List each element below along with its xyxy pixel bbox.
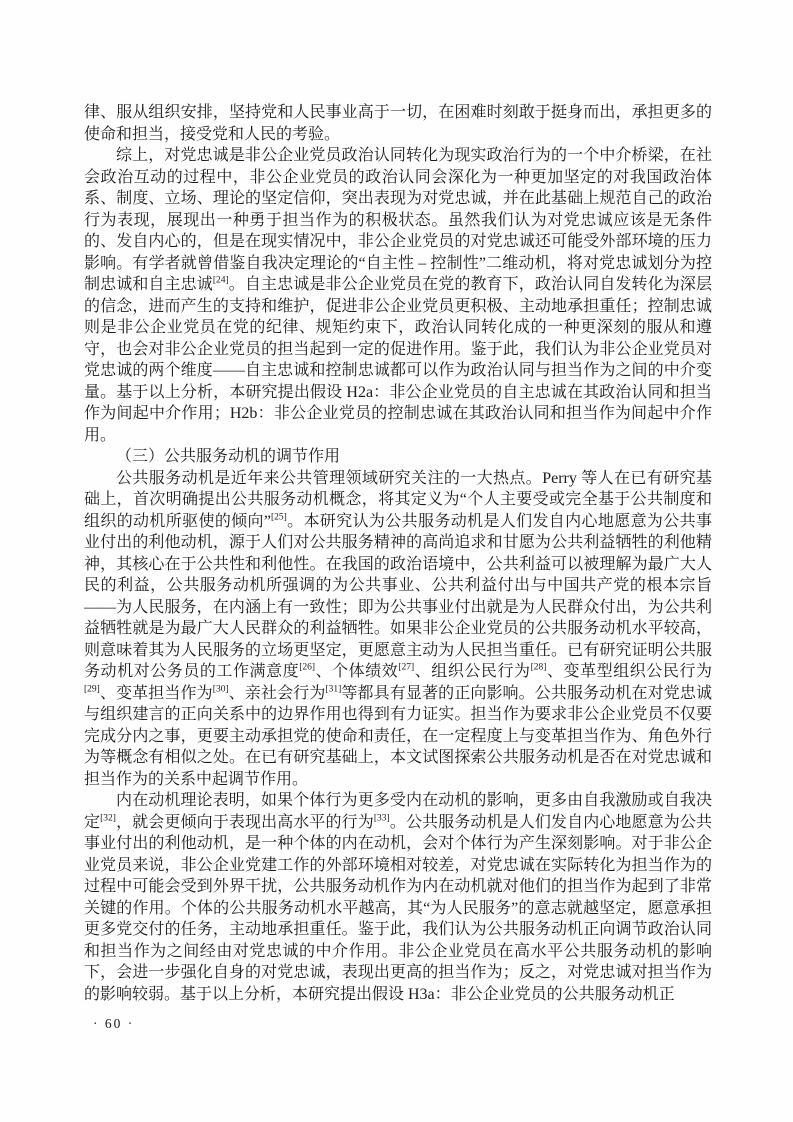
citation-superscript: [24] bbox=[213, 276, 229, 286]
citation-superscript: [27] bbox=[398, 663, 414, 673]
citation-superscript: [29] bbox=[84, 684, 100, 694]
citation-superscript: [26] bbox=[299, 663, 315, 673]
citation-superscript: [33] bbox=[374, 813, 390, 823]
citation-superscript: [31] bbox=[325, 684, 341, 694]
body-text: 律、服从组织安排，坚持党和人民事业高于一切，在困难时刻敢于挺身而出，承担更多的使… bbox=[84, 102, 712, 1005]
section-heading: （三）公共服务动机的调节作用 bbox=[84, 446, 712, 468]
page-number: · 60 · bbox=[93, 1015, 134, 1033]
document-page: 律、服从组织安排，坚持党和人民事业高于一切，在困难时刻敢于挺身而出，承担更多的使… bbox=[0, 0, 793, 1122]
citation-superscript: [32] bbox=[100, 813, 116, 823]
paragraph: 综上，对党忠诚是非公企业党员政治认同转化为现实政治行为的一个中介桥梁，在社会政治… bbox=[84, 145, 712, 446]
citation-superscript: [28] bbox=[531, 663, 547, 673]
paragraph: 公共服务动机是近年来公共管理领域研究关注的一大热点。Perry 等人在已有研究基… bbox=[84, 468, 712, 791]
paragraph: 内在动机理论表明，如果个体行为更多受内在动机的影响，更多由自我激励或自我决定[3… bbox=[84, 790, 712, 1005]
citation-superscript: [25] bbox=[271, 512, 287, 522]
citation-superscript: [30] bbox=[213, 684, 229, 694]
paragraph-continuation: 律、服从组织安排，坚持党和人民事业高于一切，在困难时刻敢于挺身而出，承担更多的使… bbox=[84, 102, 712, 145]
